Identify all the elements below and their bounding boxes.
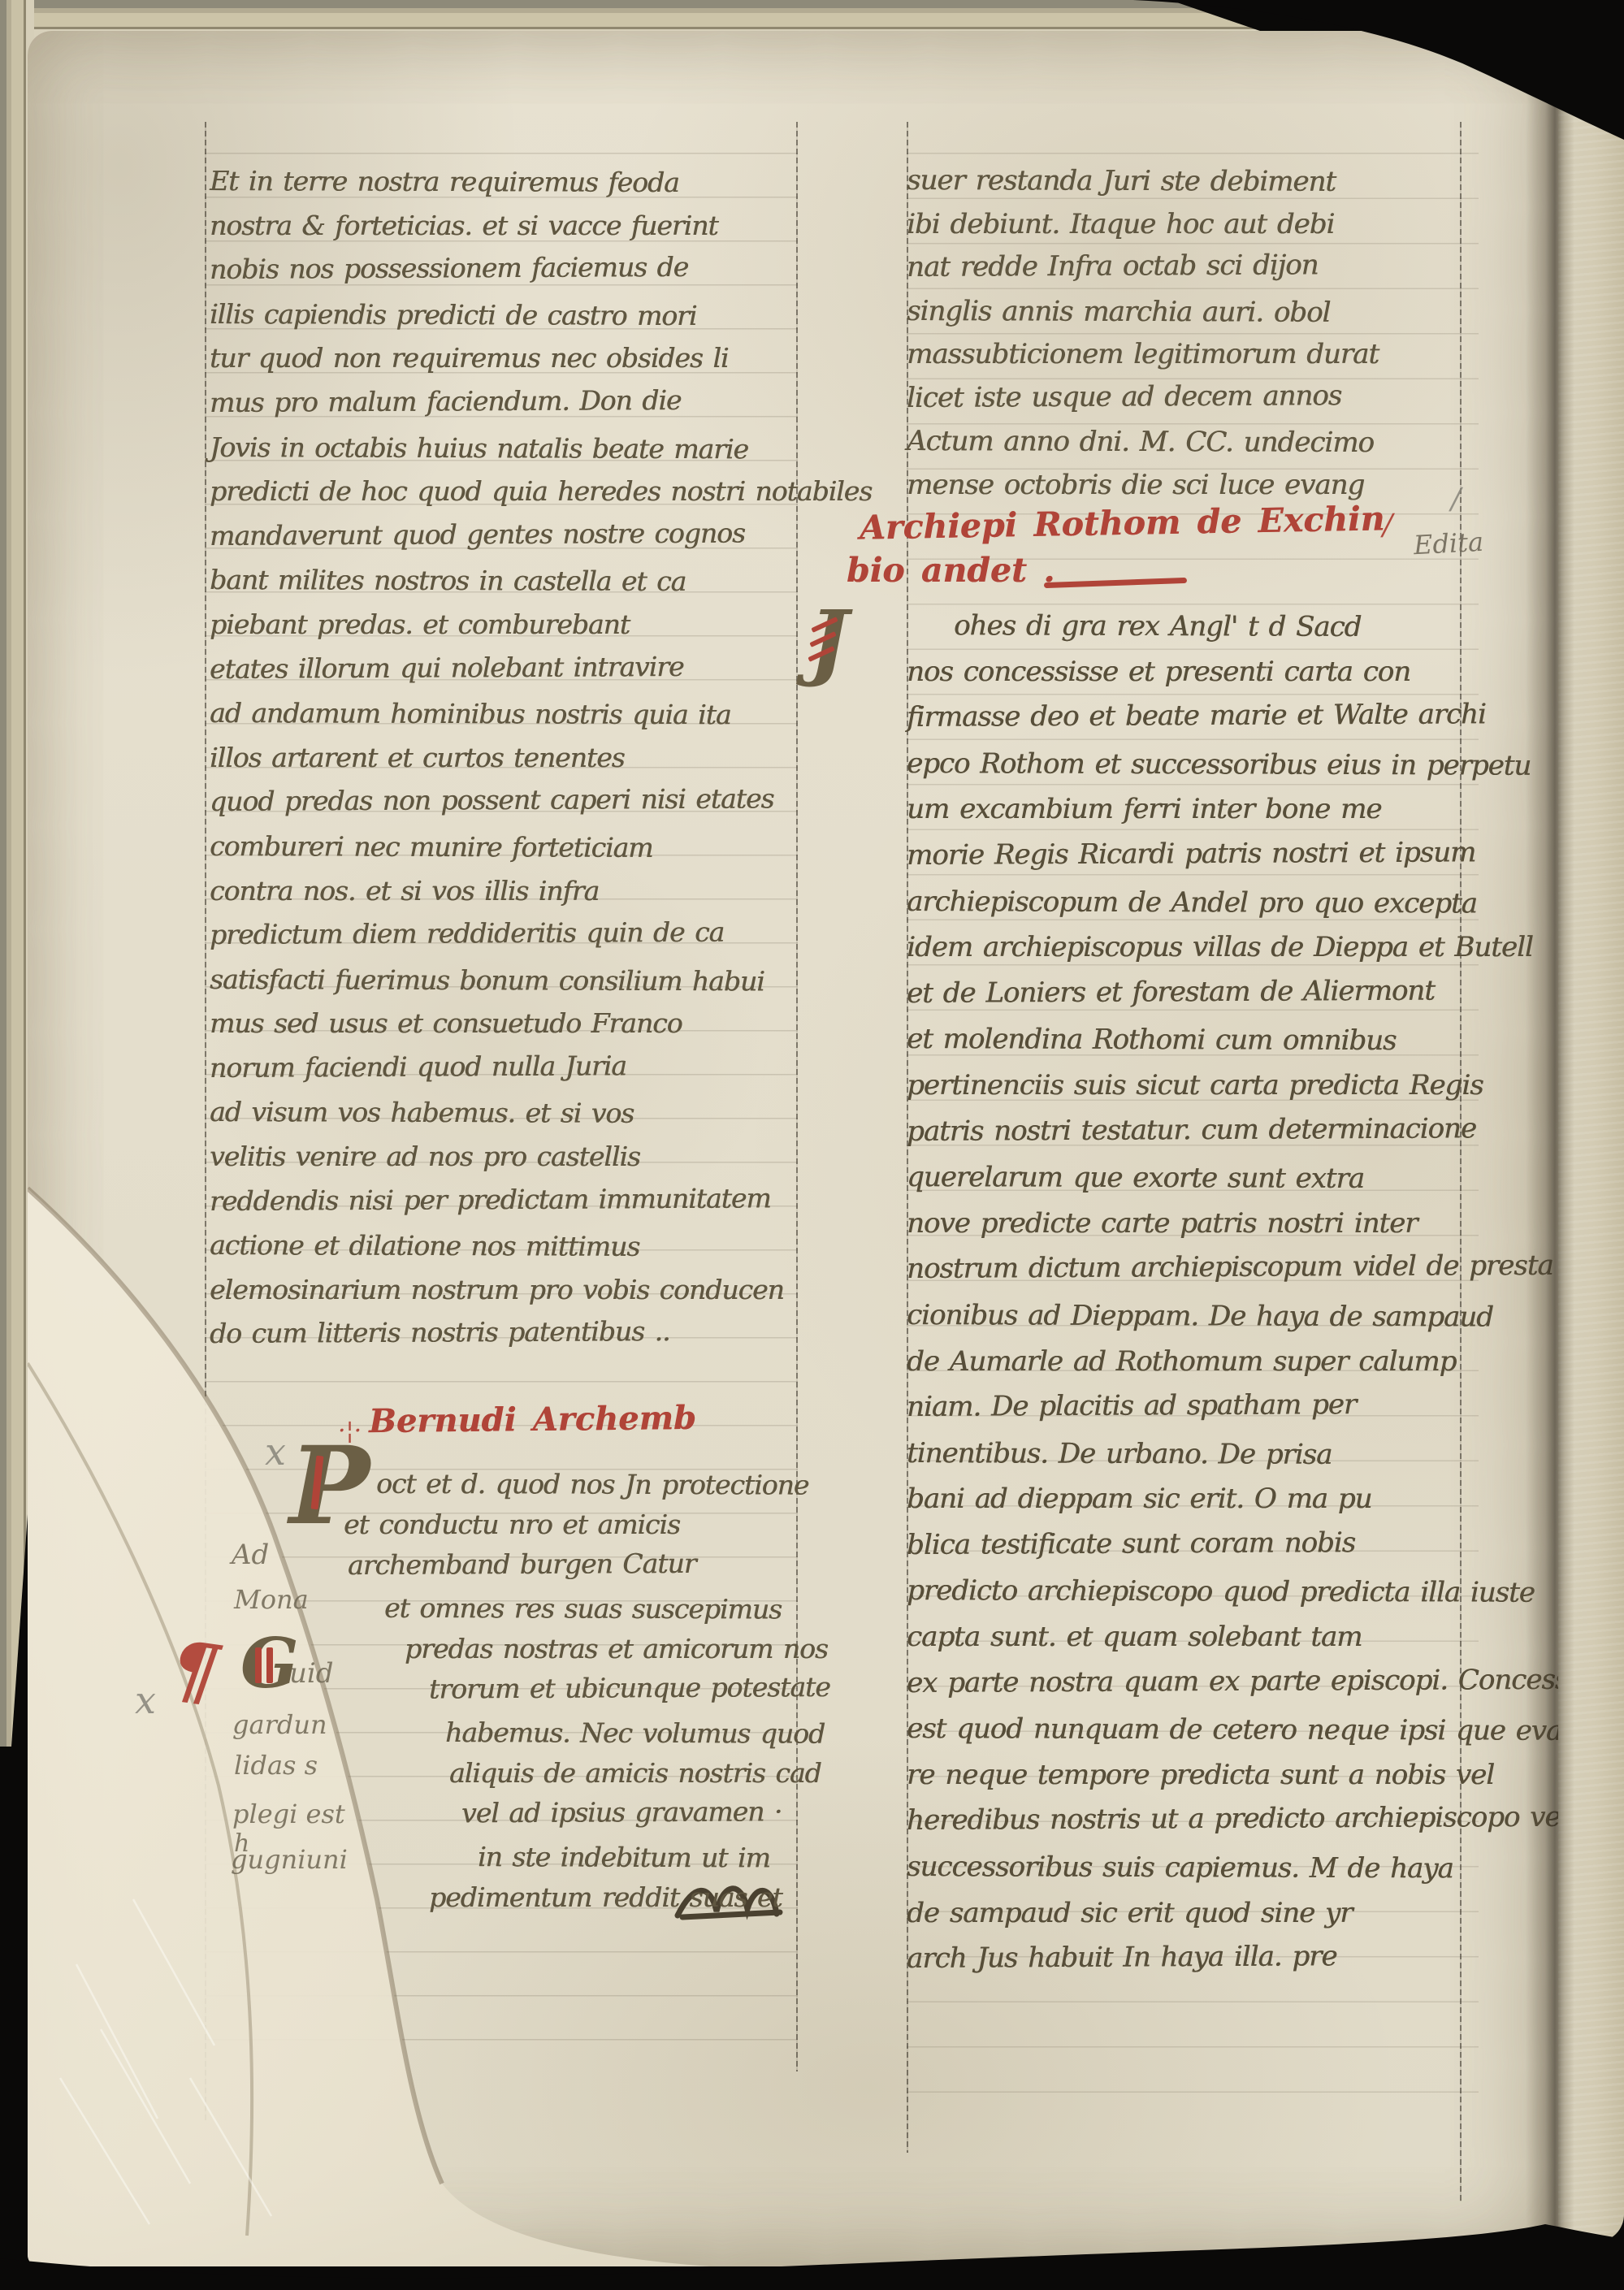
manuscript-text-line: Et in terre nostra requiremus feoda (210, 159, 811, 206)
manuscript-text-line: de sampaud sic erit quod sine yr (907, 1890, 1488, 1937)
manuscript-text-line: tinentibus. De urbano. De prisa (907, 1431, 1488, 1478)
vertical-rule-left-outer (205, 122, 206, 2120)
manuscript-text-line: bant milites nostros in castella et ca (210, 558, 811, 604)
initial-g: G (240, 1630, 299, 1698)
manuscript-text-line: re neque tempore predicta sunt a nobis v… (907, 1752, 1488, 1799)
initial-red-accent (266, 1647, 273, 1683)
fore-edge-crease-shadow (1526, 49, 1574, 2242)
manuscript-text-line: nobis nos possessionem faciemus de (210, 245, 811, 292)
manuscript-text-line: combureri nec munire forteticiam (210, 825, 811, 871)
manuscript-text-line: predicto archiepiscopo quod predicta ill… (907, 1568, 1488, 1616)
manuscript-text-line: ex parte nostra quam ex parte episcopi. … (907, 1657, 1488, 1706)
manuscript-text-line: nostra & forteticias. et si vacce fuerin… (210, 204, 811, 249)
manuscript-text-line: ibi debiunt. Itaque hoc aut debi (907, 203, 1483, 247)
manuscript-text-line: velitis venire ad nos pro castellis (210, 1135, 811, 1180)
manuscript-text-line: actione et dilatione nos mittimus (210, 1223, 811, 1270)
manuscript-text-line: contra nos. et si vos illis infra (210, 869, 811, 914)
manuscript-text-line: piebant predas. et comburebant (210, 603, 811, 647)
manuscript-text-line: epco Rothom et successoribus eius in per… (907, 741, 1488, 789)
parchment-folio: Et in terre nostra requiremus feodanostr… (28, 31, 1558, 2266)
manuscript-text-line: capta sunt. et quam solebant tam (907, 1614, 1488, 1660)
manuscript-text-line: etates illorum qui nolebant intravire (210, 644, 811, 691)
manuscript-text-line: ad andamum hominibus nostris quia ita (210, 691, 811, 738)
manuscript-text-line: vel ad ipsius gravamen · (210, 1790, 811, 1835)
manuscript-text-line: successoribus suis capiemus. M de haya (907, 1844, 1488, 1892)
manuscript-text-line: mense octobris die sci luce evang (907, 464, 1483, 508)
initial-j: J (809, 600, 848, 682)
right-column-text-main: ohes di gra rex Angl' t d Sacdnos conces… (907, 603, 1488, 1982)
manuscript-text-line: archiepiscopum de Andel pro quo excepta (907, 879, 1488, 927)
rubric-bernardi: Bernudi Archemb (369, 1399, 696, 1440)
manuscript-text-line: habemus. Nec volumus quod (210, 1711, 811, 1755)
manuscript-text-line: licet iste usque ad decem annos (907, 374, 1483, 420)
manuscript-text-line: mandaverunt quod gentes nostre cognos (210, 511, 811, 558)
manuscript-text-line: um excambium ferri inter bone me (907, 786, 1488, 833)
manuscript-text-line: suer restanda Juri ste debiment (907, 159, 1483, 205)
manuscript-text-line: singlis annis marchia auri. obol (907, 290, 1483, 335)
manuscript-text-line: massubticionem legitimorum durat (907, 333, 1483, 377)
manuscript-text-line: illis capiendis predicti de castro mori (210, 292, 811, 339)
manuscript-text-line: norum faciendi quod nulla Juria (210, 1043, 811, 1090)
manuscript-text-line: elemosinarium nostrum pro vobis conducen (210, 1268, 811, 1313)
manuscript-text-line: mus pro malum faciendum. Don die (210, 378, 811, 425)
manuscript-text-line: pertinenciis suis sicut carta predicta R… (907, 1063, 1488, 1109)
manuscript-text-line: ad visum vos habemus. et si vos (210, 1090, 811, 1136)
manuscript-text-line: est quod nunquam de cetero neque ipsi qu… (907, 1706, 1488, 1754)
manuscript-text-line: querelarum que exorte sunt extra (907, 1154, 1488, 1202)
manuscript-text-line: predicti de hoc quod quia heredes nostri… (210, 470, 811, 514)
manuscript-text-line: illos artarent et curtos tenentes (210, 736, 811, 781)
manuscript-text-line: do cum litteris nostris patentibus .. (210, 1309, 811, 1357)
rubric-archiepiscopi-line2: bio andet . (847, 551, 1055, 590)
manuscript-text-line: blica testificate sunt coram nobis (907, 1519, 1488, 1568)
manuscript-text-line: mus sed usus et consuetudo Franco (210, 1002, 811, 1046)
manuscript-text-line: predictum diem reddideritis quin de ca (210, 910, 811, 957)
manuscript-text-line: patris nostri testatur. cum determinacio… (907, 1106, 1488, 1154)
manuscript-text-line: de Aumarle ad Rothomum super calump (907, 1339, 1488, 1385)
initial-red-accent (255, 1647, 262, 1683)
manuscript-text-line: idem archiepiscopus villas de Dieppa et … (907, 924, 1488, 971)
manuscript-text-line: reddendis nisi per predictam immunitatem (210, 1176, 811, 1223)
manuscript-text-line: firmasse deo et beate marie et Walte arc… (907, 691, 1488, 740)
manuscript-photograph: Et in terre nostra requiremus feodanostr… (0, 0, 1624, 2290)
manuscript-text-line: nostrum dictum archiepiscopum videl de p… (907, 1244, 1488, 1292)
manuscript-text-line: nos concessisse et presenti carta con (907, 649, 1488, 695)
manuscript-text-line: heredibus nostris ut a predicto archiepi… (907, 1795, 1488, 1844)
manuscript-text-line: cionibus ad Dieppam. De haya de sampaud (907, 1292, 1488, 1340)
manuscript-text-line: et molendina Rothomi cum omnibus (907, 1016, 1488, 1064)
manuscript-text-line: predas nostras et amicorum nos (210, 1628, 811, 1669)
initial-p: P (289, 1433, 370, 1540)
manuscript-text-line: et de Loniers et forestam de Aliermont (907, 968, 1488, 1016)
manuscript-text-line: ohes di gra rex Angl' t d Sacd (907, 603, 1488, 651)
margin-note-edita: Edita (1413, 526, 1484, 561)
manuscript-text-line: pedimentum reddit suas et (210, 1877, 811, 1918)
manuscript-text-line: arch Jus habuit In haya illa. pre (907, 1933, 1488, 1981)
manuscript-text-line: Actum anno dni. M. CC. undecimo (907, 420, 1483, 465)
manuscript-text-line: et omnes res suas suscepimus (210, 1587, 811, 1630)
manuscript-text-line: nat redde Infra octab sci dijon (907, 243, 1483, 289)
manuscript-text-line: bani ad dieppam sic erit. O ma pu (907, 1476, 1488, 1522)
right-column-text-top: suer restanda Juri ste debimentibi debiu… (907, 159, 1483, 507)
manuscript-text-line: aliquis de amicis nostris cad (210, 1752, 811, 1794)
manuscript-text-line: trorum et ubicunque potestate (210, 1666, 811, 1711)
left-column-text: Et in terre nostra requiremus feodanostr… (210, 159, 811, 1357)
manuscript-text-line: nove predicte carte patris nostri inter (907, 1201, 1488, 1247)
manuscript-text-line: niam. De placitis ad spatham per (907, 1381, 1488, 1430)
manuscript-text-line: morie Regis Ricardi patris nostri et ips… (907, 829, 1488, 878)
margin-x-mark-2: x (135, 1678, 156, 1722)
manuscript-text-line: in ste indebitum ut im (210, 1835, 811, 1879)
manuscript-text-line: satisfacti fuerimus bonum consilium habu… (210, 958, 811, 1004)
manuscript-text-line: tur quod non requiremus nec obsides li (210, 336, 811, 381)
manuscript-text-line: quod predas non possent caperi nisi etat… (210, 777, 811, 824)
manuscript-text-line: Jovis in octabis huius natalis beate mar… (210, 426, 811, 472)
